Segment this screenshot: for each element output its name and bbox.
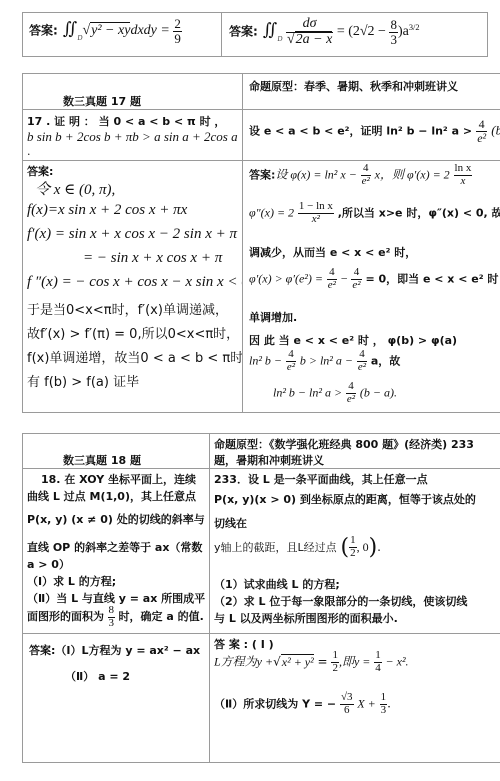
q17-header-left: 数三真题 17 题	[23, 74, 242, 109]
double-integral: ∬D dσ√2a − x = (2√2 − 83)a3/2	[263, 24, 420, 39]
answer-label: 答案:	[229, 24, 258, 38]
q18-question-right: 233．设 L 是一条平面曲线，其上任意一点 P(x, y)(x > 0) 到坐…	[210, 469, 490, 633]
q18-table: 数三真题 18 题 命题原型：《数学强化班经典 800 题》(经济类) 233 …	[22, 433, 500, 763]
q17-table: 数三真题 17 题 命题原型：春季、暑期、秋季和冲刺班讲义 17 . 证 明 ：…	[22, 73, 500, 413]
section-title: 数三真题 17 题	[63, 93, 141, 109]
answer-label: 答案:	[27, 163, 53, 179]
q17-question-left: 17 . 证 明 ： 当 0 < a < b < π 时 ， b sin b +…	[23, 110, 242, 160]
q17-answer-right: 答案:设 φ(x) = ln² x − 4e² x，则 φ′(x) = 2 ln…	[243, 161, 500, 412]
answer-label: 答案:	[249, 169, 275, 182]
section-title: 数三真题 18 题	[63, 452, 141, 468]
source-note: 命题原型：《数学强化班经典 800 题》(经济类) 233	[214, 436, 474, 452]
q17-header-right: 命题原型：春季、暑期、秋季和冲刺班讲义	[243, 74, 500, 109]
q18-question-left: 18. 在 XOY 坐标平面上，连续 曲线 L 过点 M(1,0)，其上任意点 …	[23, 469, 209, 633]
q17-question-right: 设 e < a < b < e²，证明 ln² b − ln² a > 4e² …	[243, 110, 500, 160]
q18-answer-right: 答 案 : ( Ⅰ ) L方程为y +√x² + y² = 12,即y = 14…	[210, 634, 490, 762]
top-answer-left: 答案: ∬D√y² − xydxdy = 29	[29, 13, 219, 56]
source-note: 命题原型：春季、暑期、秋季和冲刺班讲义	[249, 78, 458, 94]
top-answer-right: 答案: ∬D dσ√2a − x = (2√2 − 83)a3/2	[229, 13, 487, 56]
q17-answer-left: 答案: 令 x ∈ (0, π), f(x)=x sin x + 2 cos x…	[23, 161, 242, 412]
answer-label: 答案:	[29, 23, 58, 37]
q18-answer-left: 答案:（Ⅰ）L方程为 y = ax² − ax （Ⅱ） a = 2	[23, 634, 209, 762]
top-answers-table: 答案: ∬D√y² − xydxdy = 29 答案: ∬D dσ√2a − x…	[22, 12, 488, 57]
q18-header-left: 数三真题 18 题	[23, 434, 209, 468]
q18-header-right: 命题原型：《数学强化班经典 800 题》(经济类) 233 题，暑期和冲刺班讲义	[210, 434, 490, 468]
double-integral: ∬D√y² − xydxdy = 29	[63, 23, 182, 38]
